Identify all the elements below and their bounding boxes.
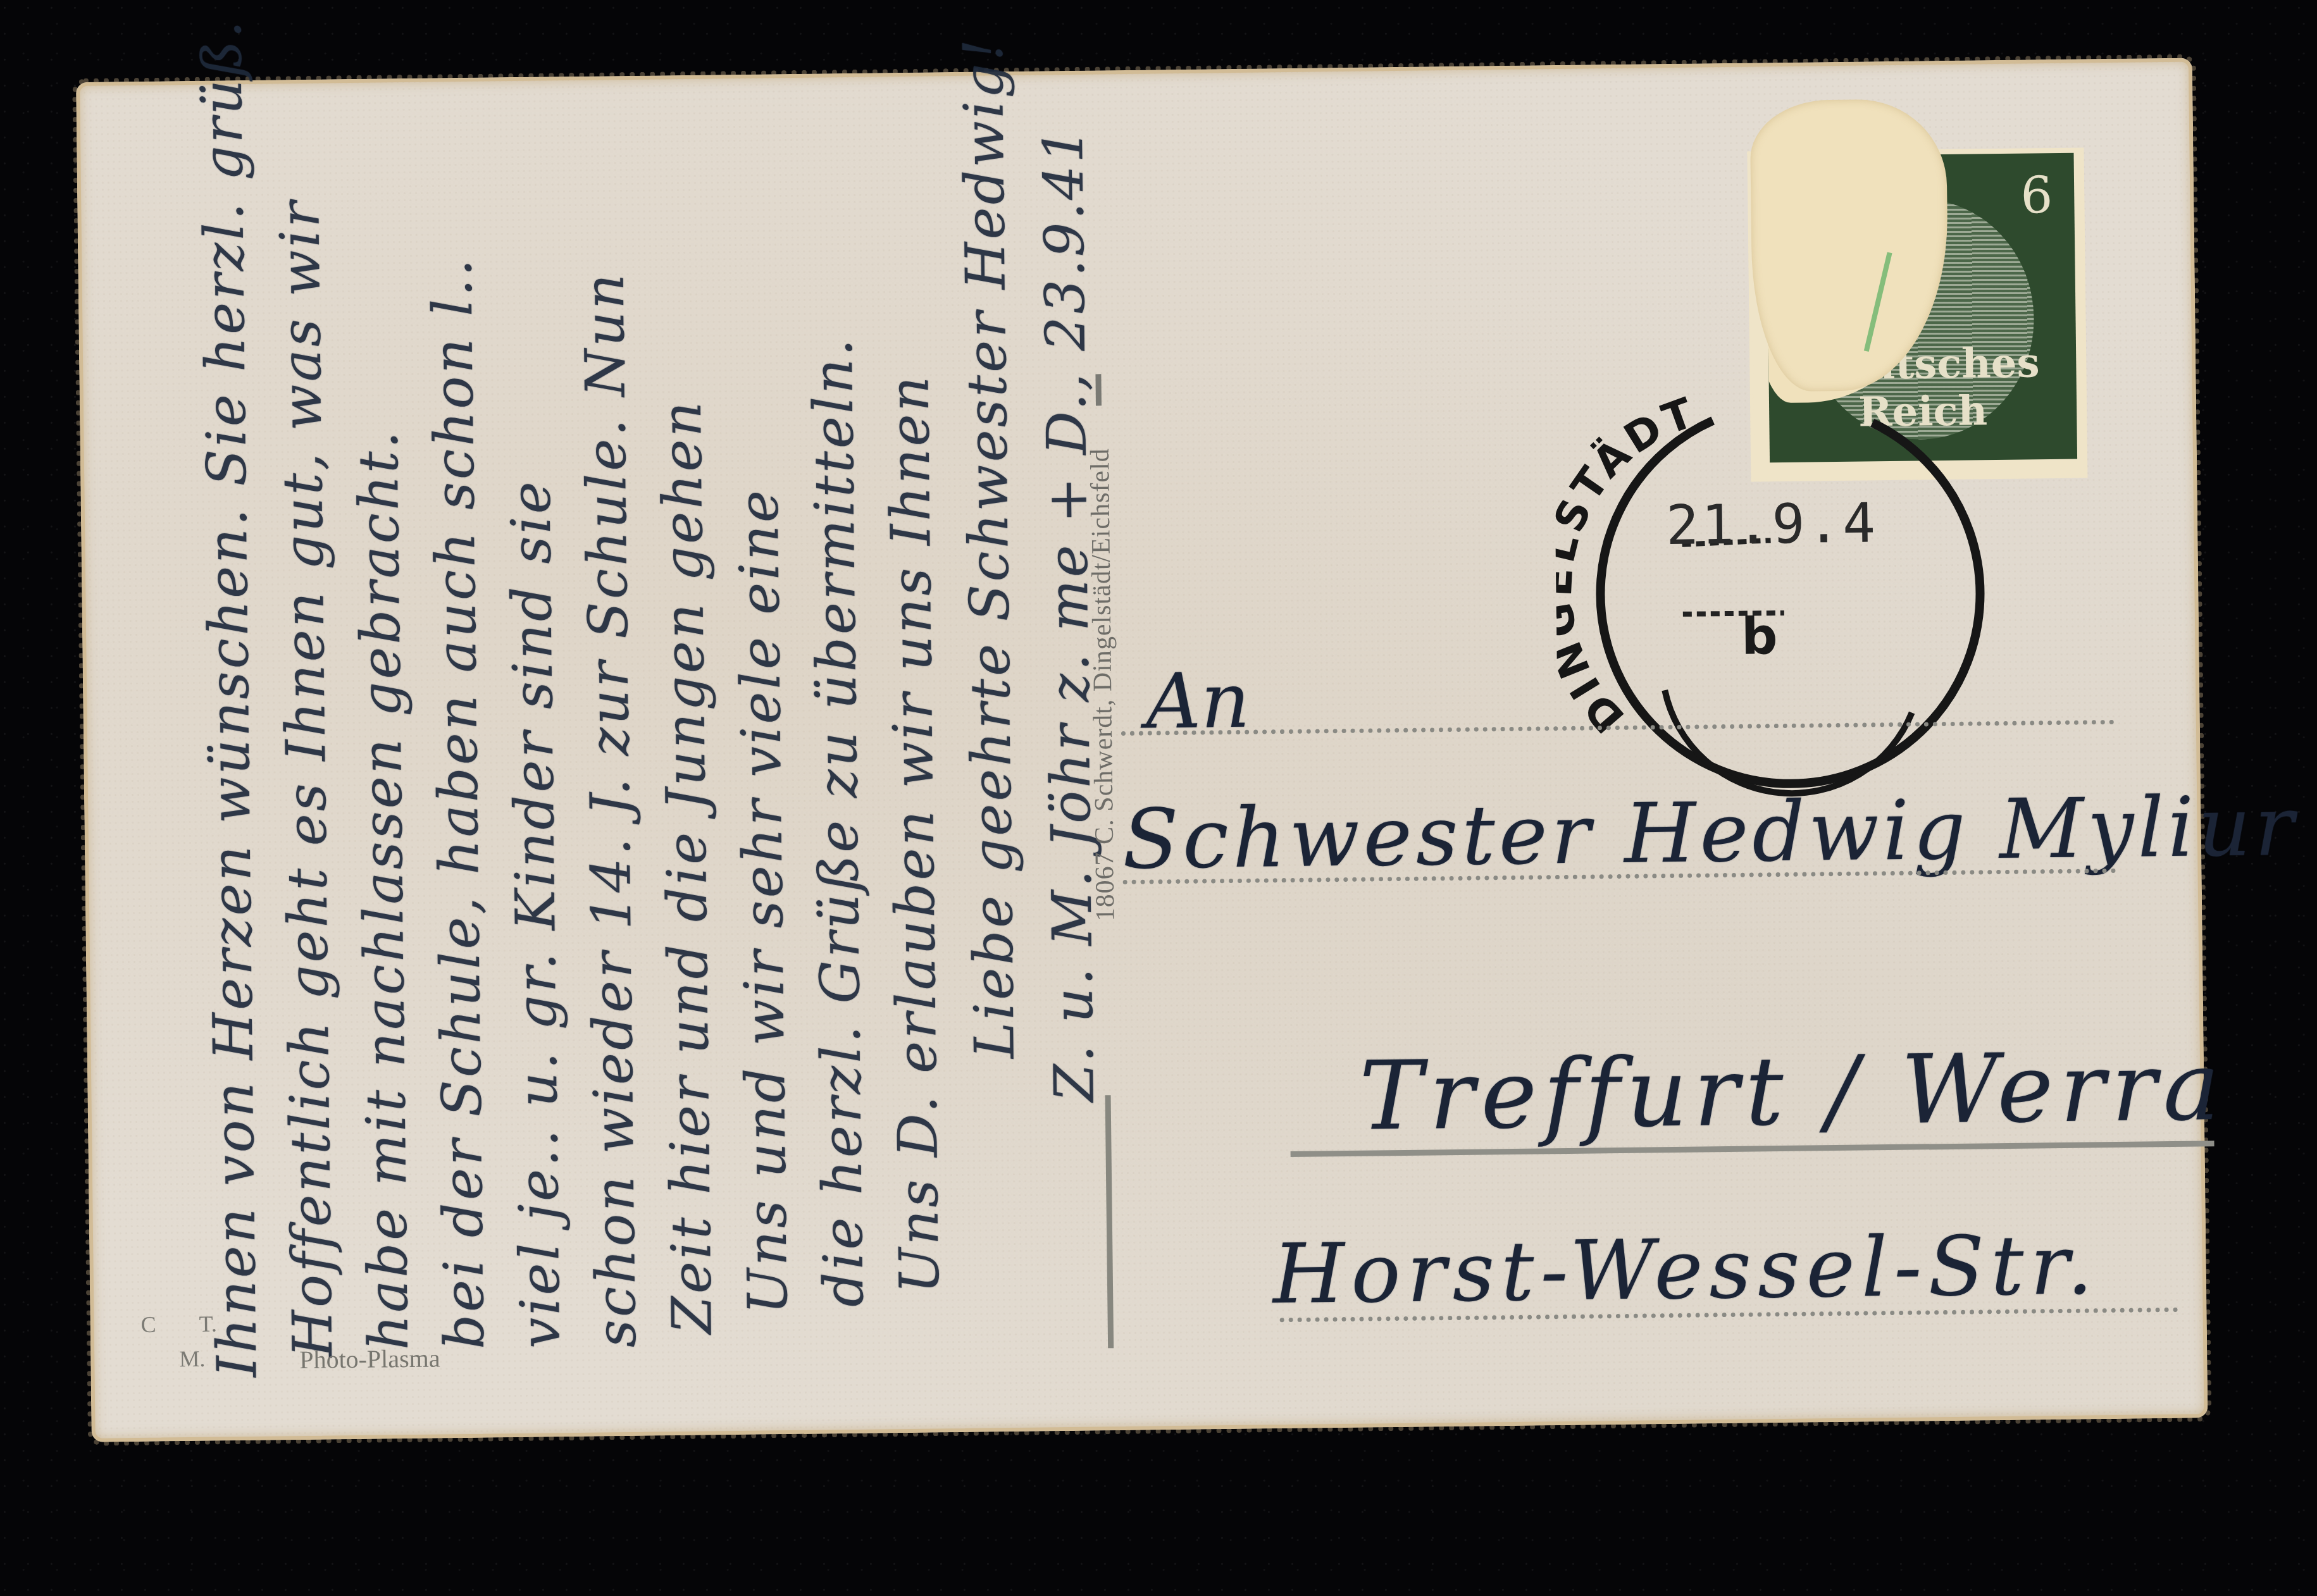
address-city: Treffurt / Werra xyxy=(1359,1032,2227,1152)
address-street: Horst-Wessel-Str. xyxy=(1272,1216,2100,1322)
message-line: viel je.. u. gr. Kinder sind sie xyxy=(499,479,573,1349)
message-line: bei der Schule, haben auch schon l.. xyxy=(421,256,497,1349)
postcard: Z. u. M. Jöhr z. me + D., 23.9.41 Liebe … xyxy=(76,58,2208,1442)
postmark-letter: b xyxy=(1741,607,1778,666)
stamp-value: 6 xyxy=(2020,166,2053,225)
photo-logo-t: T. xyxy=(199,1308,217,1340)
address-recipient: Schwester Hedwig Myliur xyxy=(1122,778,2298,888)
divider-line-bottom xyxy=(1105,1095,1114,1348)
message-line: Ihnen von Herzen wünschen. Sie herzl. gr… xyxy=(190,0,270,1378)
photo-logo-m: M. xyxy=(179,1343,206,1375)
divider-line-top xyxy=(1095,374,1102,405)
postmark-date: 21.9.4 xyxy=(1666,492,1879,557)
message-line: Hoffentlich geht es Ihnen gut, was wir xyxy=(268,199,345,1358)
photo-credit: Photo-Plasma xyxy=(299,1344,440,1375)
message-line: die herzl. Grüße zu übermitteln. xyxy=(802,336,876,1307)
publisher-imprint: 18067 C. Schwerdt, Dingelstädt/Eichsfeld xyxy=(1085,448,1121,922)
message-line: schon wieder 14. J. zur Schule. Nun xyxy=(573,271,649,1348)
message-line: Uns D. erlauben wir uns Ihnen xyxy=(878,374,952,1294)
message-line: Liebe geehrte Schwester Hedwig! xyxy=(952,36,1027,1059)
postmark-circle-icon: DINGELSTÄDT xyxy=(1553,357,2027,831)
message-line: habe mit nachlassen gebracht. xyxy=(347,428,421,1351)
photo-logo-c: C xyxy=(140,1312,156,1337)
photo-logo: C T. M. xyxy=(140,1309,156,1340)
message-line: Zeit hier und die Jungen gehen xyxy=(650,399,724,1335)
message-line: Uns und wir sehr viele eine xyxy=(727,488,800,1315)
